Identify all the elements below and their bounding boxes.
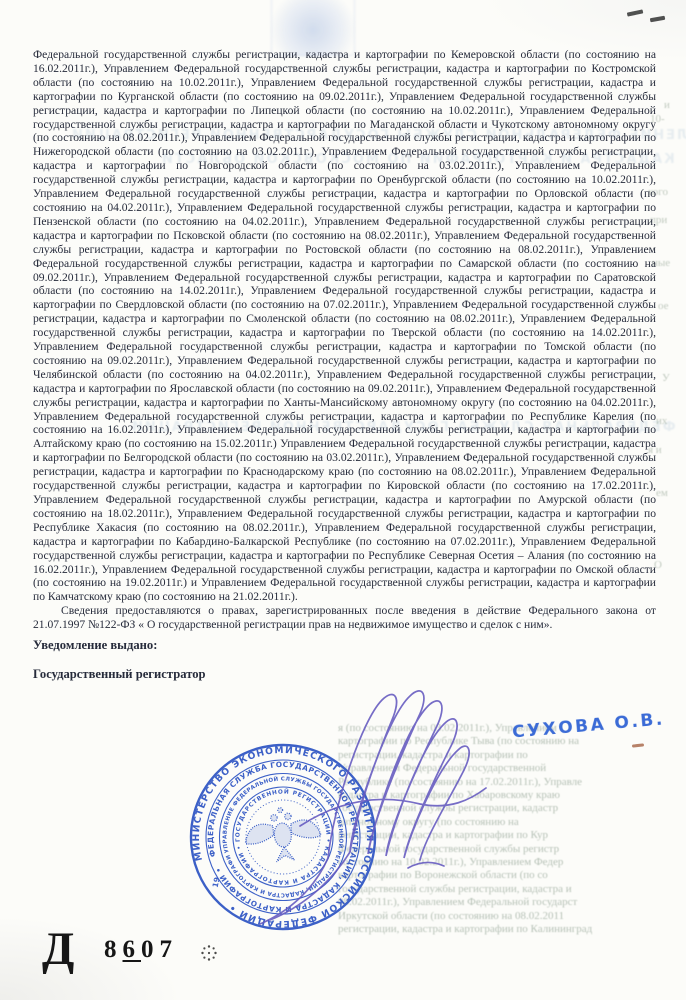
bleedthrough-fragment: ое bbox=[658, 300, 669, 312]
bleedthrough-fragment: ем bbox=[656, 487, 668, 499]
bleedthrough-fragment: и bbox=[664, 99, 670, 111]
filing-digits: 07 bbox=[141, 936, 178, 963]
document-body: Федеральной государственной службы регис… bbox=[33, 48, 656, 682]
filing-digit-underlined: 6 bbox=[123, 936, 142, 963]
asterisk-mark-icon bbox=[198, 942, 220, 964]
bleedthrough-fragment: их bbox=[656, 415, 667, 427]
issued-label: Уведомление выдано: bbox=[33, 639, 656, 653]
handwritten-signature bbox=[230, 676, 520, 936]
bleedthrough-fragment: У bbox=[662, 372, 670, 384]
signature-flourish bbox=[300, 788, 486, 826]
filing-digit: 8 bbox=[104, 936, 123, 963]
seal-number: 19 bbox=[211, 876, 222, 888]
body-paragraph-regions: Федеральной государственной службы регис… bbox=[33, 48, 656, 604]
scanned-notification-page: УПРАВЛЕНИЕ ФЕДЕРАЛЬНОЙ СЛУЖБЫ ГОСУДАРСТВ… bbox=[0, 0, 686, 1000]
signature-undercurve bbox=[408, 862, 444, 868]
signature-loops bbox=[328, 691, 469, 860]
filing-number-mark: 8607 bbox=[104, 936, 178, 964]
body-paragraph-law: Сведения предоставляются о правах, зарег… bbox=[33, 604, 656, 632]
filing-letter-mark: Д bbox=[42, 922, 74, 976]
